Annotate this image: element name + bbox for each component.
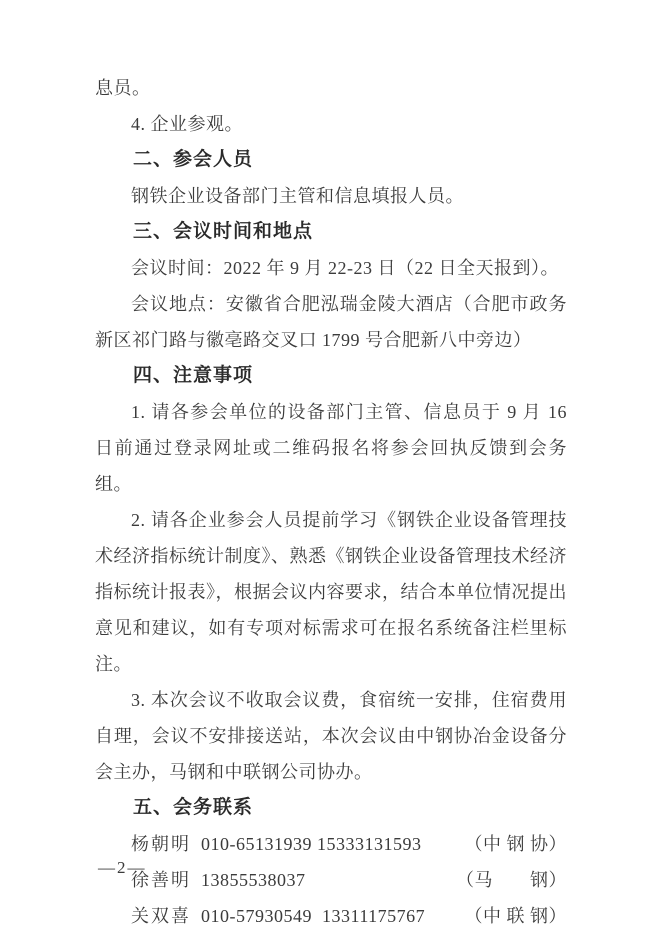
contact-org: （马 钢） xyxy=(456,862,567,898)
contact-left: 关双喜010-57930549 13311175767 xyxy=(131,898,425,933)
contact-phones: 010-57930549 13311175767 xyxy=(201,906,425,926)
contact-org: （中 联 钢） xyxy=(465,898,568,933)
paragraph: 会议时间：2022 年 9 月 22-23 日（22 日全天报到）。 xyxy=(95,250,567,286)
contact-left: 杨朝明010-65131939 15333131593 xyxy=(131,826,422,862)
paragraph: 息员。 xyxy=(95,70,567,106)
paragraph: 3. 本次会议不收取会议费，食宿统一安排，住宿费用自理，会议不安排接送站，本次会… xyxy=(95,682,567,790)
paragraph: 钢铁企业设备部门主管和信息填报人员。 xyxy=(95,178,567,214)
paragraph: 会议地点：安徽省合肥泓瑞金陵大酒店（合肥市政务新区祁门路与徽亳路交叉口 1799… xyxy=(95,286,567,358)
paragraph: 2. 请各企业参会人员提前学习《钢铁企业设备管理技术经济指标统计制度》、熟悉《钢… xyxy=(95,502,567,682)
contact-phones: 010-65131939 15333131593 xyxy=(201,834,422,854)
contact-name: 关双喜 xyxy=(131,906,191,926)
document-page: 息员。4. 企业参观。二、参会人员钢铁企业设备部门主管和信息填报人员。三、会议时… xyxy=(0,0,660,933)
contact-row: 徐善明13855538037 （马 钢） xyxy=(95,862,567,898)
paragraph: 4. 企业参观。 xyxy=(95,106,567,142)
contact-left: 徐善明13855538037 xyxy=(131,862,306,898)
section-heading: 二、参会人员 xyxy=(95,142,567,178)
contact-name: 杨朝明 xyxy=(131,834,191,854)
contact-row: 杨朝明010-65131939 15333131593 （中 钢 协） xyxy=(95,826,567,862)
paragraph-list: 息员。4. 企业参观。二、参会人员钢铁企业设备部门主管和信息填报人员。三、会议时… xyxy=(95,70,567,826)
section-heading: 三、会议时间和地点 xyxy=(95,214,567,250)
contact-org: （中 钢 协） xyxy=(465,826,568,862)
document-body: 息员。4. 企业参观。二、参会人员钢铁企业设备部门主管和信息填报人员。三、会议时… xyxy=(95,70,567,933)
contact-phones: 13855538037 xyxy=(201,870,306,890)
section-heading: 四、注意事项 xyxy=(95,358,567,394)
paragraph: 1. 请各参会单位的设备部门主管、信息员于 9 月 16 日前通过登录网址或二维… xyxy=(95,394,567,502)
section-heading: 五、会务联系 xyxy=(95,790,567,826)
contact-row: 关双喜010-57930549 13311175767 （中 联 钢） xyxy=(95,898,567,933)
page-number: —2— xyxy=(98,858,147,878)
contact-list: 杨朝明010-65131939 15333131593 （中 钢 协） 徐善明1… xyxy=(95,826,567,933)
